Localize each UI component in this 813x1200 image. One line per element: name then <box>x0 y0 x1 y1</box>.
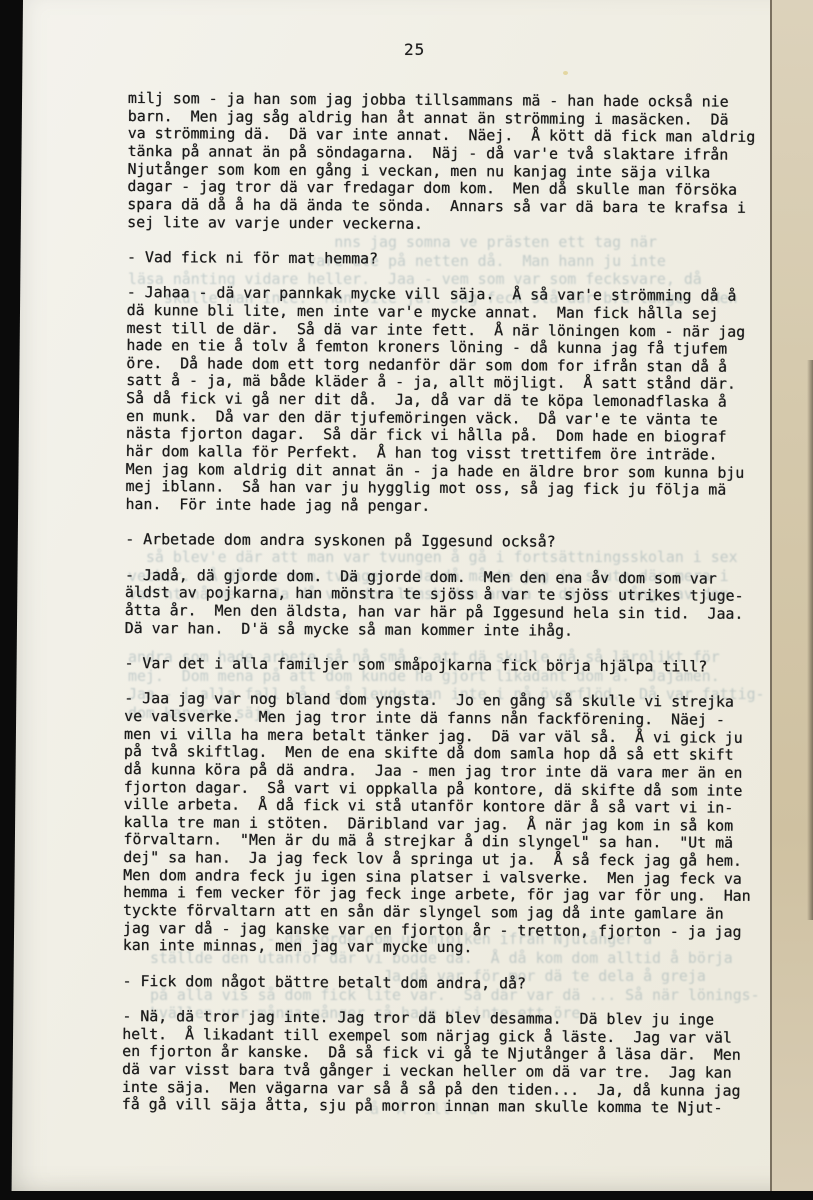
page-edge-strip <box>770 0 813 1191</box>
document-page: 25 nns jag somna ve prästen ett tag när … <box>10 0 813 1191</box>
transcript-question: - Vad fick ni för mat hemma? <box>127 249 775 271</box>
page-edge-shadow <box>807 360 813 920</box>
transcript-question: - Fick dom något bättre betalt dom andra… <box>123 973 771 995</box>
page-number: 25 <box>404 40 425 59</box>
transcript-text: milj som - ja han som jag jobba tillsamm… <box>122 90 776 1118</box>
transcript-answer: - Jaa jag var nog bland dom yngsta. Jo e… <box>123 690 773 959</box>
transcript-answer: - Nä, dä tror jag inte. Jag tror dä blev… <box>122 1008 771 1118</box>
paper-speck <box>563 71 568 75</box>
scan-border-left <box>10 0 23 1191</box>
transcript-answer: - Jadå, dä gjorde dom. Dä gjorde dom. Me… <box>125 567 773 642</box>
transcript-answer: - Jahaa - dä var pannkak mycke vill säja… <box>125 284 774 517</box>
transcript-answer: milj som - ja han som jag jobba tillsamm… <box>127 90 776 235</box>
transcript-question: - Var det i alla familjer som småpojkarn… <box>124 655 772 677</box>
transcript-question: - Arbetade dom andra syskonen på Iggesun… <box>125 531 773 553</box>
scanned-document: 25 nns jag somna ve prästen ett tag när … <box>0 0 813 1200</box>
